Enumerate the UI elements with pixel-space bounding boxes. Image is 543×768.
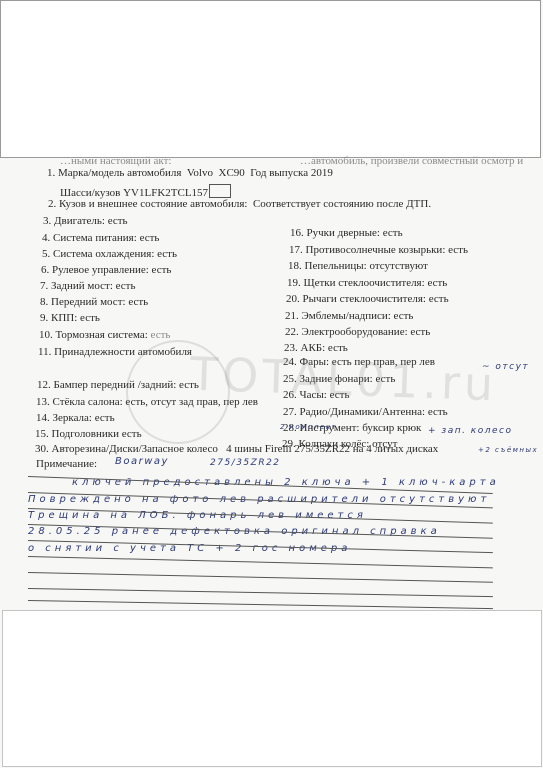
item-value: буксир крюк bbox=[359, 422, 421, 434]
item-label: 4. Система питания: bbox=[42, 232, 137, 244]
checklist-item: 3. Двигатель: есть bbox=[43, 216, 128, 227]
checklist-item: 18. Пепельницы: отсутствуют bbox=[288, 261, 428, 272]
checklist-item: 10. Тормозная система: есть bbox=[39, 330, 170, 341]
item-label: 6. Рулевое управление: bbox=[41, 264, 149, 276]
handwritten-tire-size: 275/35ZR22 bbox=[210, 459, 281, 468]
item-value: есть bbox=[425, 277, 448, 289]
checklist-item: 16. Ручки дверные: есть bbox=[290, 228, 403, 239]
item-30-tires: 30. Авторезина/Диски/Запасное колесо 4 ш… bbox=[35, 444, 438, 455]
item-2-value: Соответствует состоянию после ДТП. bbox=[253, 198, 431, 210]
item-label: 21. Эмблемы/надписи: bbox=[285, 310, 391, 322]
checklist-item: 6. Рулевое управление: есть bbox=[41, 265, 171, 276]
handwritten-line: о снятии с учёта ТС + 2 гос номера bbox=[28, 544, 351, 554]
item-value: есть bbox=[154, 248, 177, 260]
vin-redaction-box bbox=[209, 184, 231, 198]
vehicle-make: Volvo bbox=[187, 167, 213, 179]
checklist-item: 5. Система охлаждения: есть bbox=[42, 249, 177, 260]
item-1-make-model: 1. Марка/модель автомобиля Volvo XC90 Го… bbox=[47, 168, 333, 179]
item-value: есть bbox=[380, 227, 403, 239]
watermark-text: TOTAL01.ru bbox=[189, 347, 498, 412]
item-label: 17. Противосолнечные козырьки: bbox=[289, 244, 445, 256]
item-label: 15. Подголовники bbox=[35, 428, 119, 440]
item-label: 14. Зеркала: bbox=[36, 412, 92, 424]
item-value: есть bbox=[391, 310, 414, 322]
handwritten-line: 28.05.25 ранее дефектовка оригинал справ… bbox=[28, 527, 441, 537]
item-label: 3. Двигатель: bbox=[43, 215, 105, 227]
handwritten-item28-note: + зап. колесо bbox=[428, 427, 513, 436]
year-label: Год выпуска bbox=[250, 167, 308, 179]
item-label: 16. Ручки дверные: bbox=[290, 227, 380, 239]
item-label: 10. Тормозная система: bbox=[39, 329, 148, 341]
checklist-item: 8. Передний мост: есть bbox=[40, 297, 148, 308]
item-30-value: 4 шины Firelli 275/35ZR22 на 4 литых дис… bbox=[226, 443, 438, 455]
item-label: 7. Задний мост: bbox=[40, 280, 113, 292]
checklist-item: 21. Эмблемы/надписи: есть bbox=[285, 311, 413, 322]
handwritten-item30-note: +2 съёмных bbox=[478, 447, 538, 454]
vehicle-year: 2019 bbox=[311, 167, 333, 179]
handwritten-item29-note: 2 комплект bbox=[280, 424, 337, 431]
ruled-line bbox=[28, 600, 493, 609]
item-label: 22. Электрооборудование: bbox=[285, 326, 408, 338]
item-label: 18. Пепельницы: bbox=[288, 260, 367, 272]
item-value: есть bbox=[408, 326, 431, 338]
item-value: есть bbox=[445, 244, 468, 256]
item-value: есть bbox=[77, 312, 100, 324]
checklist-item: 4. Система питания: есть bbox=[42, 233, 159, 244]
item-2-body: 2. Кузов и внешнее состояние автомобиля:… bbox=[48, 199, 431, 210]
checklist-item: 22. Электрооборудование: есть bbox=[285, 327, 430, 338]
redaction-box-bottom bbox=[2, 610, 542, 767]
item-value: есть bbox=[105, 215, 128, 227]
item-value: есть bbox=[126, 296, 149, 308]
item-value: есть bbox=[137, 232, 160, 244]
checklist-item: 7. Задний мост: есть bbox=[40, 281, 136, 292]
item-value: есть bbox=[148, 329, 171, 341]
item-value: отсутствуют bbox=[367, 260, 428, 272]
vehicle-model: XC90 bbox=[219, 167, 245, 179]
checklist-item: 19. Щетки стеклоочистителя: есть bbox=[287, 278, 447, 289]
item-label: 9. КПП: bbox=[40, 312, 77, 324]
ruled-line bbox=[28, 588, 493, 597]
note-label: Примечание: bbox=[36, 459, 97, 470]
item-value: есть bbox=[113, 280, 136, 292]
checklist-item: 17. Противосолнечные козырьки: есть bbox=[289, 245, 468, 256]
item-label: 20. Рычаги стеклоочистителя: bbox=[286, 293, 426, 305]
item-1-label: 1. Марка/модель автомобиля bbox=[47, 167, 181, 179]
item-value: есть bbox=[119, 428, 142, 440]
redaction-box-top bbox=[0, 0, 541, 158]
item-30-label: 30. Авторезина/Диски/Запасное колесо bbox=[35, 443, 218, 455]
checklist-item: 9. КПП: есть bbox=[40, 313, 100, 324]
item-2-label: 2. Кузов и внешнее состояние автомобиля: bbox=[48, 198, 247, 210]
intro-right: …автомобиль, произвели совместный осмотр… bbox=[300, 156, 523, 167]
ruled-line bbox=[28, 572, 493, 583]
item-value: есть bbox=[149, 264, 172, 276]
item-label: 5. Система охлаждения: bbox=[42, 248, 154, 260]
item-label: 8. Передний мост: bbox=[40, 296, 126, 308]
handwritten-tire-brand: Boarway bbox=[115, 457, 169, 467]
intro-left: …ными настоящий акт: bbox=[60, 156, 171, 167]
item-value: есть bbox=[92, 412, 115, 424]
item-value: есть bbox=[426, 293, 449, 305]
checklist-item: 14. Зеркала: есть bbox=[36, 413, 115, 424]
checklist-item: 20. Рычаги стеклоочистителя: есть bbox=[286, 294, 449, 305]
checklist-item: 15. Подголовники есть bbox=[35, 429, 142, 440]
item-label: 13. Стёкла салона: bbox=[36, 396, 123, 408]
chassis-row: Шасси/кузов YV1LFK2TCL157 bbox=[60, 184, 231, 199]
ruled-line bbox=[28, 556, 493, 568]
item-label: 19. Щетки стеклоочистителя: bbox=[287, 277, 425, 289]
